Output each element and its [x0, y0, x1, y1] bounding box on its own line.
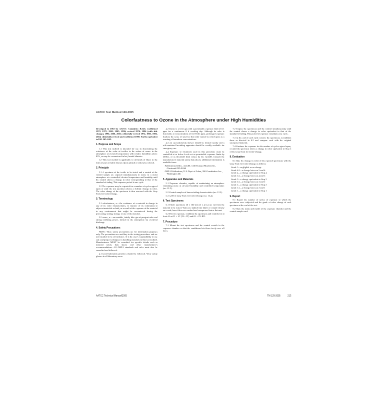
paragraph: 7.4 Continue the exposure for the number… — [230, 145, 291, 153]
paragraph: 4.3 An eyewash/safety shower should be l… — [163, 142, 224, 150]
section-heading: 5. Apparatus and Materials — [163, 178, 224, 181]
section-heading: 1. Purpose and Scope — [96, 143, 157, 146]
paragraph: 1.2 This test method is applicable to al… — [96, 159, 157, 164]
address-line: OSHA Publications, U.S. Dept. of Labor, … — [167, 170, 225, 175]
paragraph: 7.2 Expose the specimens and the control… — [230, 128, 291, 136]
address-line: Publications Office, ACGIH, 1330 Kemper … — [167, 165, 225, 170]
method-number-header: AATCC Test Method 129-2005 — [96, 111, 291, 114]
revision-history: Developed in 1963 by AATCC Committee RA2… — [96, 128, 157, 141]
paragraph: 7.3 At the end of each cycle remove the … — [230, 136, 291, 144]
paragraph: 6.1 Fabric specimens 50 x 100 mm (2 x 4 … — [163, 204, 224, 212]
paragraph: 9.1 Report the number of cycles of expos… — [230, 199, 291, 207]
section-heading: 8. Evaluation — [230, 156, 291, 159]
text-columns: Developed in 1963 by AATCC Committee RA2… — [96, 128, 291, 291]
page-title: Colorfastness to Ozone in the Atmosphere… — [96, 118, 291, 123]
paragraph: 3.2 ozone, n.—an unstable, faintly blue … — [96, 216, 157, 224]
footer-manual-name: AATCC Technical Manual/2005 — [96, 295, 127, 297]
paragraph: 5.1 Exposure chamber, capable of maintai… — [163, 182, 224, 190]
paragraph: 5.3 AATCC Gray Scale for Color Change (s… — [163, 194, 224, 197]
footer-page-number: 213 — [287, 295, 291, 297]
paragraph: 7.1 Mount the test specimens and the con… — [163, 224, 224, 232]
paragraph: 3.1 colorfastness, n.—the resistance of … — [96, 202, 157, 215]
text-column-3: 7.2 Expose the specimens and the control… — [230, 128, 291, 291]
paragraph: 8.1 Rate the change in color of the expo… — [230, 160, 291, 165]
paragraph: 2.2 The exposure may be repeated for a n… — [96, 185, 157, 195]
scanned-document-page: AATCC Test Method 129-2005 Colorfastness… — [0, 0, 368, 420]
section-heading: 2. Principle — [96, 167, 157, 170]
footer-right-group: TM 129-2005 213 — [267, 295, 291, 297]
text-column-1: Developed in 1963 by AATCC Committee RA2… — [96, 128, 157, 291]
footer-method-number: TM 129-2005 — [267, 295, 280, 297]
paragraph: 4.1 Good laboratory practices should be … — [96, 252, 157, 257]
section-heading: 9. Report — [230, 195, 291, 198]
section-heading: 7. Procedure — [163, 220, 224, 223]
paragraph: 6.2 Prior to exposure, condition the spe… — [163, 213, 224, 218]
note-paragraph: NOTE: These safety precautions are for i… — [96, 230, 157, 251]
paragraph: 4.2 Ozone is a toxic gas with a permissi… — [163, 128, 224, 141]
paragraph: 5.2 Control samples of known fading char… — [163, 191, 224, 194]
page-content: AATCC Test Method 129-2005 Colorfastness… — [96, 111, 292, 306]
grade-list-item: Grade 1—a change equivalent to Step 1 — [233, 190, 291, 193]
section-heading: 4. Safety Precautions — [96, 226, 157, 229]
paragraph: 2.1 A specimen of the textile to be test… — [96, 171, 157, 184]
page-footer: AATCC Technical Manual/2005 TM 129-2005 … — [96, 295, 291, 297]
text-column-2: 4.2 Ozone is a toxic gas with a permissi… — [163, 128, 224, 291]
paragraph: 4.4 Exposure to chemicals used in this p… — [163, 151, 224, 164]
section-heading: 3. Terminology — [96, 198, 157, 201]
paragraph: 9.2 State the make and model of the expo… — [230, 208, 291, 213]
section-heading: 6. Test Specimens — [163, 200, 224, 203]
paragraph: 1.1 This test method is intended for use… — [96, 147, 157, 157]
